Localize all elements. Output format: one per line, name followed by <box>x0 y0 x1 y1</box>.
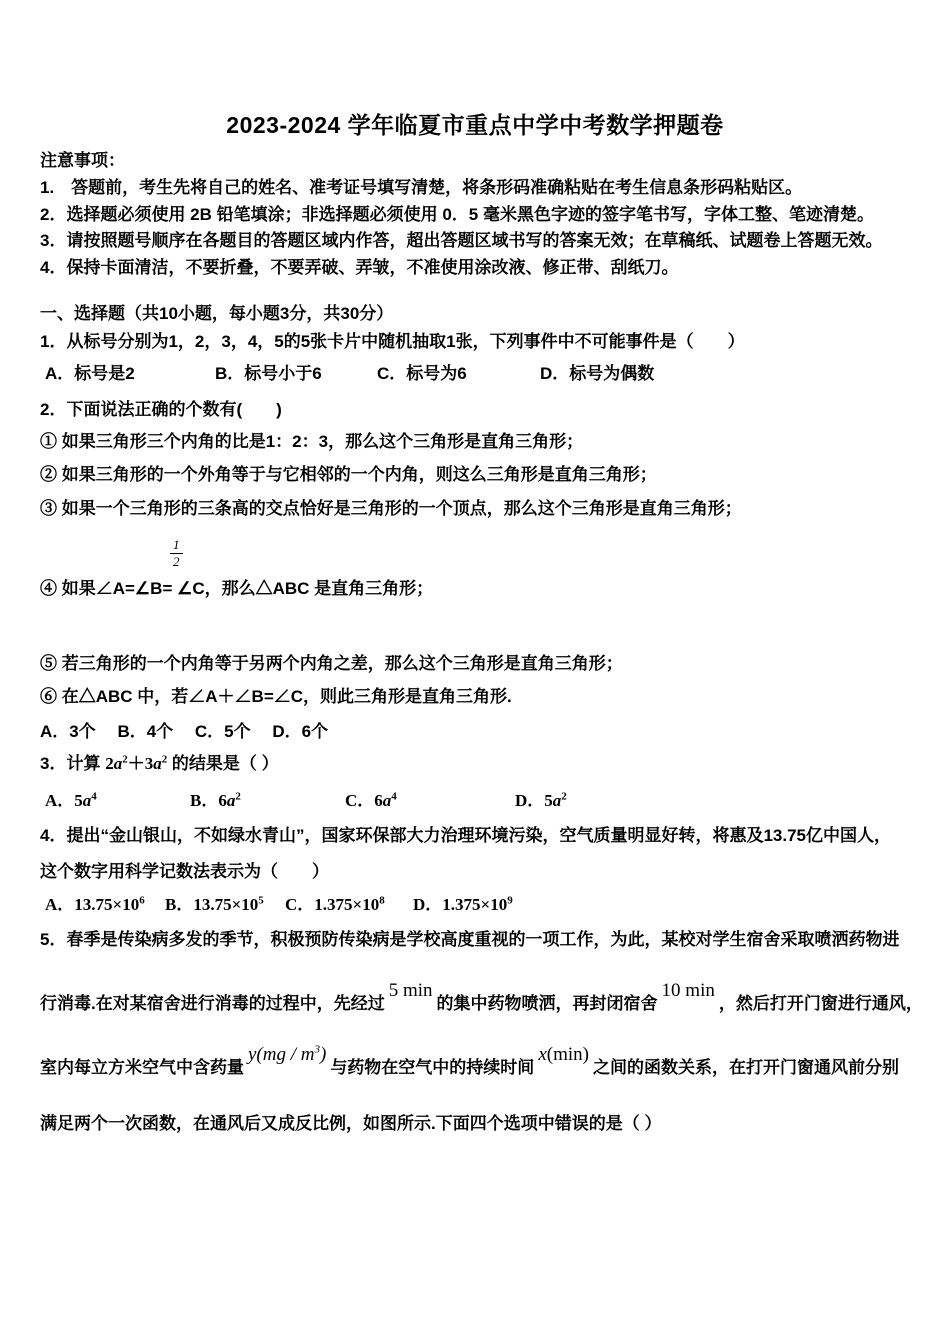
exam-paper-page: 2023-2024 学年临夏市重点中学中考数学押题卷 注意事项： 1. 答题前，… <box>0 0 950 1344</box>
question-5-line4: 满足两个一次函数，在通风后又成反比例，如图所示.下面四个选项中错误的是（ ） <box>40 1113 661 1135</box>
q3-option-a: A．5a4 <box>45 790 97 812</box>
fraction-denominator: 2 <box>170 554 183 569</box>
q2-statement-5: ⑤ 若三角形的一个内角等于另两个内角之差，那么这个三角形是直角三角形； <box>40 653 623 675</box>
q3-option-d: D．5a2 <box>515 790 567 812</box>
q3-option-b: B．6a2 <box>190 790 241 812</box>
q5-l3-pre: 室内每立方米空气中含药量 <box>40 1058 244 1077</box>
q1-option-c: C．标号为6 <box>377 363 467 385</box>
section-heading: 一、选择题（共10小题，每小题3分，共30分） <box>40 303 393 325</box>
q5-l3-post: 之间的函数关系，在打开门窗通风前分别 <box>593 1058 899 1077</box>
q3-prefix: 3．计算 <box>40 754 105 773</box>
q4-option-d: D．1.375×109 <box>413 894 513 916</box>
notice-item-4: 4．保持卡面清洁，不要折叠，不要弄破、弄皱，不准使用涂改液、修正带、刮纸刀。 <box>40 257 678 279</box>
q3-expr-plus: ＋ <box>128 754 145 773</box>
q5-l2-pre: 行消毒.在对某宿舍进行消毒的过程中，先经过 <box>40 994 385 1013</box>
question-5-line2: 行消毒.在对某宿舍进行消毒的过程中，先经过5 min的集中药物喷洒，再封闭宿舍1… <box>40 993 923 1015</box>
notice-item-2: 2．选择题必须使用 2B 铅笔填涂；非选择题必须使用 0．5 毫米黑色字迹的签字… <box>40 204 874 226</box>
q5-l2-mid: 的集中药物喷洒，再封闭宿舍 <box>437 994 658 1013</box>
notice-item-1: 1. 答题前，考生先将自己的姓名、准考证号填写清楚，将条形码准确粘贴在考生信息条… <box>40 177 802 199</box>
q3-expr-v1: a <box>114 754 123 773</box>
question-4-line1: 4．提出“金山银山，不如绿水青山”，国家环保部大力治理环境污染，空气质量明显好转… <box>40 825 891 847</box>
q2-statement-3: ③ 如果一个三角形的三条高的交点恰好是三角形的一个顶点，那么这个三角形是直角三角… <box>40 498 742 520</box>
q5-l3-mid: 与药物在空气中的持续时间 <box>330 1058 534 1077</box>
q4-option-b: B．13.75×105 <box>165 894 264 916</box>
page-title: 2023-2024 学年临夏市重点中学中考数学押题卷 <box>0 110 950 140</box>
question-1-text: 1．从标号分别为1，2，3，4，5的5张卡片中随机抽取1张，下列事件中不可能事件… <box>40 331 745 353</box>
q5-x-formula: x(min) <box>534 1044 593 1065</box>
question-4-line2: 这个数字用科学记数法表示为（ ） <box>40 861 329 883</box>
q3-suffix: 的结果是（ ） <box>167 754 278 773</box>
notice-heading: 注意事项： <box>40 150 125 172</box>
q3-option-c: C．6a4 <box>345 790 397 812</box>
q1-option-d: D．标号为偶数 <box>540 363 654 385</box>
q3-expr-c2: 3 <box>145 754 154 773</box>
q1-option-b: B．标号小于6 <box>215 363 322 385</box>
q4-option-a: A．13.75×106 <box>45 894 145 916</box>
fraction-numerator: 1 <box>170 538 183 554</box>
q2-statement-1: ① 如果三角形三个内角的比是1：2：3，那么这个三角形是直角三角形； <box>40 431 583 453</box>
q5-duration-1: 5 min <box>385 980 437 1001</box>
question-5-line1: 5．春季是传染病多发的季节，积极预防传染病是学校高度重视的一项工作，为此，某校对… <box>40 929 899 951</box>
question-5-line3: 室内每立方米空气中含药量y(mg / m3)与药物在空气中的持续时间x(min)… <box>40 1057 899 1079</box>
q1-option-a: A．标号是2 <box>45 363 135 385</box>
q2-statement-2: ② 如果三角形的一个外角等于与它相邻的一个内角，则这么三角形是直角三角形； <box>40 464 657 486</box>
question-3-text: 3．计算 2a2＋3a2 的结果是（ ） <box>40 753 279 775</box>
question-2-text: 2．下面说法正确的个数有( ) <box>40 399 282 421</box>
q5-duration-2: 10 min <box>658 980 719 1001</box>
q4-option-c: C．1.375×108 <box>285 894 385 916</box>
q3-expr-v2: a <box>153 754 162 773</box>
q5-y-formula: y(mg / m3) <box>244 1044 330 1065</box>
one-half-fraction: 1 2 <box>170 538 183 569</box>
notice-item-3: 3．请按照题号顺序在各题目的答题区域内作答，超出答题区域书写的答案无效；在草稿纸… <box>40 230 882 252</box>
q2-statement-4: ④ 如果∠A=∠B= ∠C，那么△ABC 是直角三角形； <box>40 578 433 600</box>
q5-l2-post: ，然后打开门窗进行通风， <box>719 994 923 1013</box>
q3-expr-c1: 2 <box>105 754 114 773</box>
question-2-options: A．3个 B．4个 C．5个 D．6个 <box>40 721 328 743</box>
q2-statement-6: ⑥ 在△ABC 中，若∠A＋∠B=∠C，则此三角形是直角三角形. <box>40 686 512 708</box>
